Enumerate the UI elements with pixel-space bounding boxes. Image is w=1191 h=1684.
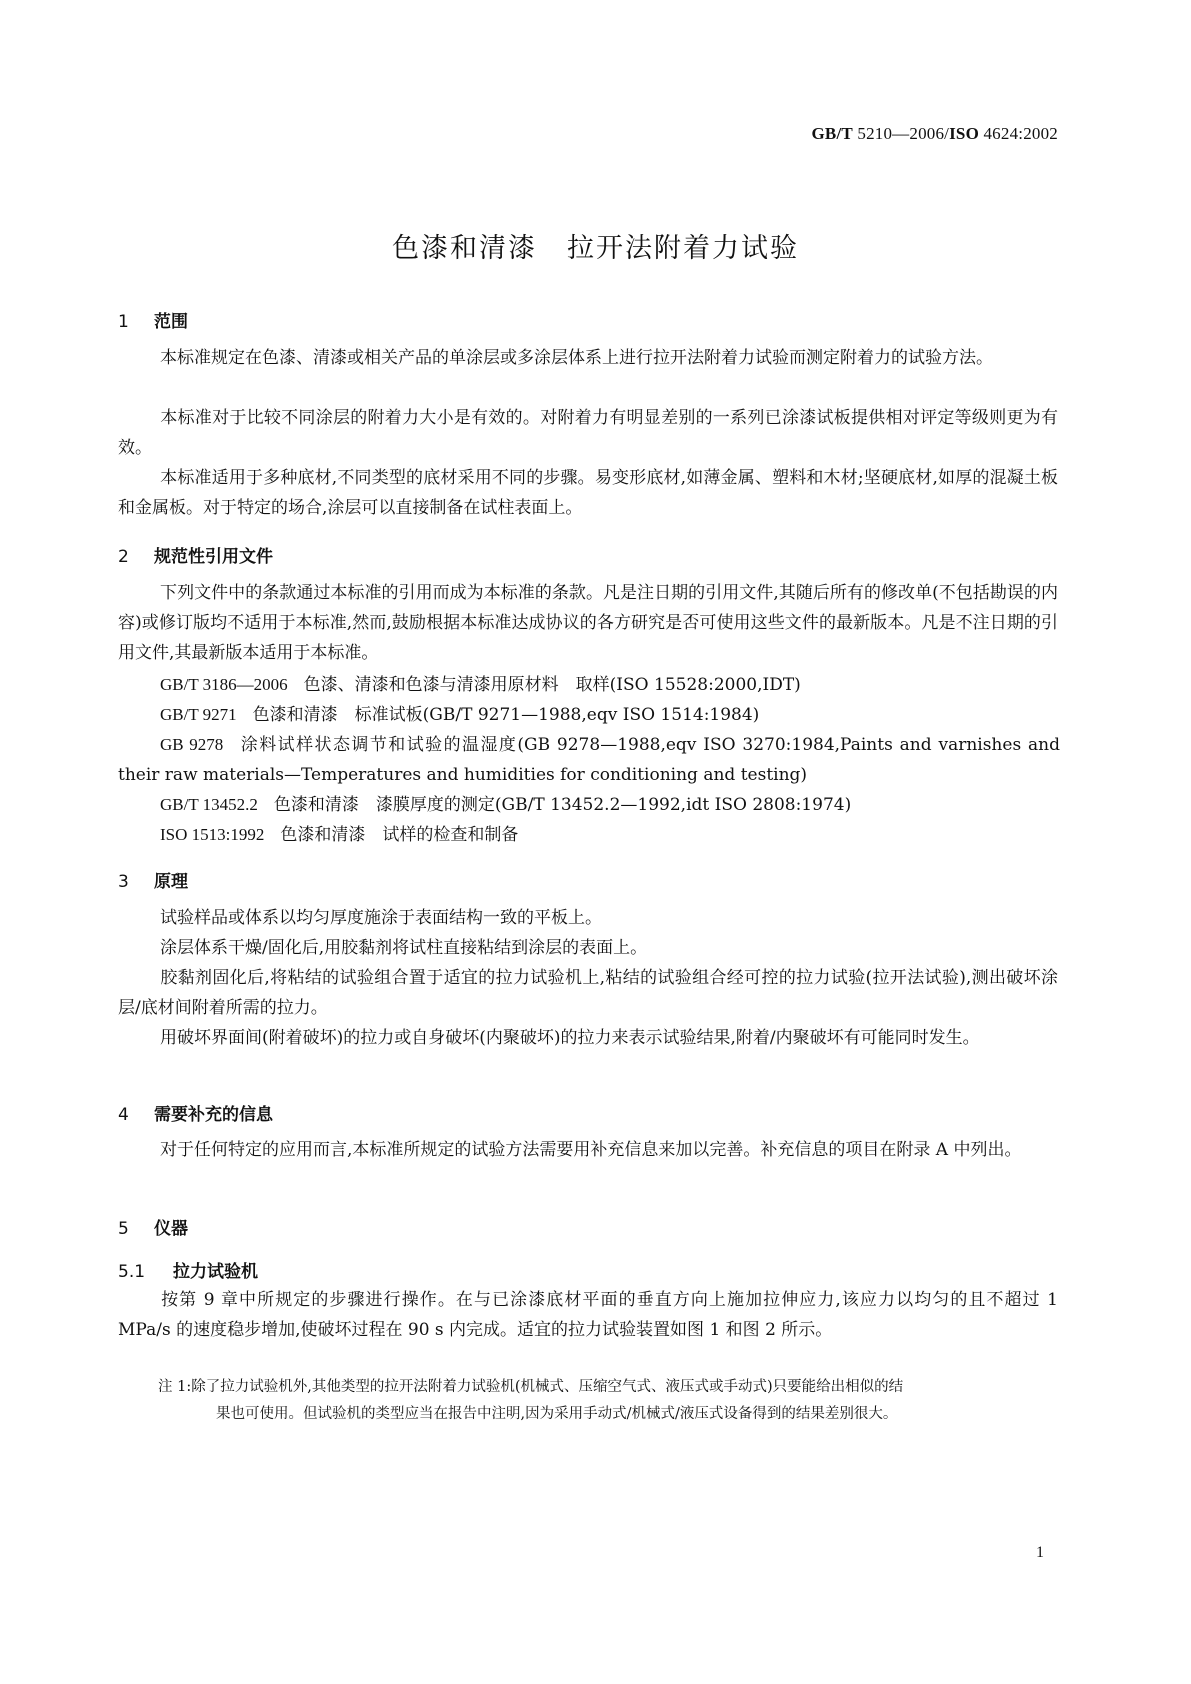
section-1-paragraph-3: 本标准适用于多种底材,不同类型的底材采用不同的步骤。易变形底材,如薄金属、塑料和…: [118, 463, 1058, 523]
standard-code: GB/T 5210—2006/ISO 4624:2002: [811, 124, 1058, 144]
reference-item: ISO 1513:1992色漆和清漆 试样的检查和制备: [160, 820, 1060, 850]
title-part1: 色漆和清漆: [392, 233, 537, 264]
document-page: GB/T 5210—2006/ISO 4624:2002 色漆和清漆拉开法附着力…: [0, 0, 1191, 1684]
section-3-paragraph-2: 涂层体系干燥/固化后,用胶黏剂将试柱直接粘结到涂层的表面上。: [118, 933, 1058, 963]
section-4-heading: 4需要补充的信息: [118, 1100, 273, 1125]
page-number: 1: [1036, 1544, 1044, 1562]
iso-prefix: ISO: [949, 124, 979, 143]
section-5-1-heading: 5.1拉力试验机: [118, 1257, 258, 1282]
section-1-heading: 1范围: [118, 307, 188, 332]
section-5-heading: 5仪器: [118, 1214, 188, 1239]
reference-item: GB/T 9271色漆和清漆 标准试板(GB/T 9271—1988,eqv I…: [160, 700, 1060, 730]
section-3-paragraph-1: 试验样品或体系以均匀厚度施涂于表面结构一致的平板上。: [118, 903, 1058, 933]
std-number: 5210—2006/: [853, 124, 949, 143]
reference-item: GB 9278涂料试样状态调节和试验的温湿度(GB 9278—1988,eqv …: [118, 730, 1060, 790]
reference-item: GB/T 3186—2006色漆、清漆和色漆与清漆用原材料 取样(ISO 155…: [160, 670, 1060, 700]
note-1: 注 1:除了拉力试验机外,其他类型的拉开法附着力试验机(机械式、压缩空气式、液压…: [158, 1374, 1058, 1428]
iso-number: 4624:2002: [979, 124, 1058, 143]
section-2-heading: 2规范性引用文件: [118, 542, 273, 567]
note-label: 注 1:: [158, 1379, 191, 1395]
section-1-paragraph-1: 本标准规定在色漆、清漆或相关产品的单涂层或多涂层体系上进行拉开法附着力试验而测定…: [118, 343, 1058, 373]
std-prefix: GB/T: [811, 124, 852, 143]
section-5-1-paragraph: 按第 9 章中所规定的步骤进行操作。在与已涂漆底材平面的垂直方向上施加拉伸应力,…: [118, 1285, 1058, 1345]
reference-item: GB/T 13452.2色漆和清漆 漆膜厚度的测定(GB/T 13452.2—1…: [160, 790, 1060, 820]
section-3-paragraph-3: 胶黏剂固化后,将粘结的试验组合置于适宜的拉力试验机上,粘结的试验组合经可控的拉力…: [118, 963, 1058, 1023]
title-part2: 拉开法附着力试验: [567, 233, 799, 264]
section-4-paragraph-1: 对于任何特定的应用而言,本标准所规定的试验方法需要用补充信息来加以完善。补充信息…: [118, 1135, 1058, 1165]
section-1-paragraph-2: 本标准对于比较不同涂层的附着力大小是有效的。对附着力有明显差别的一系列已涂漆试板…: [118, 403, 1058, 463]
document-title: 色漆和清漆拉开法附着力试验: [0, 226, 1191, 265]
section-2-intro: 下列文件中的条款通过本标准的引用而成为本标准的条款。凡是注日期的引用文件,其随后…: [118, 578, 1058, 668]
section-3-paragraph-4: 用破坏界面间(附着破坏)的拉力或自身破坏(内聚破坏)的拉力来表示试验结果,附着/…: [118, 1023, 1058, 1053]
section-3-heading: 3原理: [118, 867, 188, 892]
